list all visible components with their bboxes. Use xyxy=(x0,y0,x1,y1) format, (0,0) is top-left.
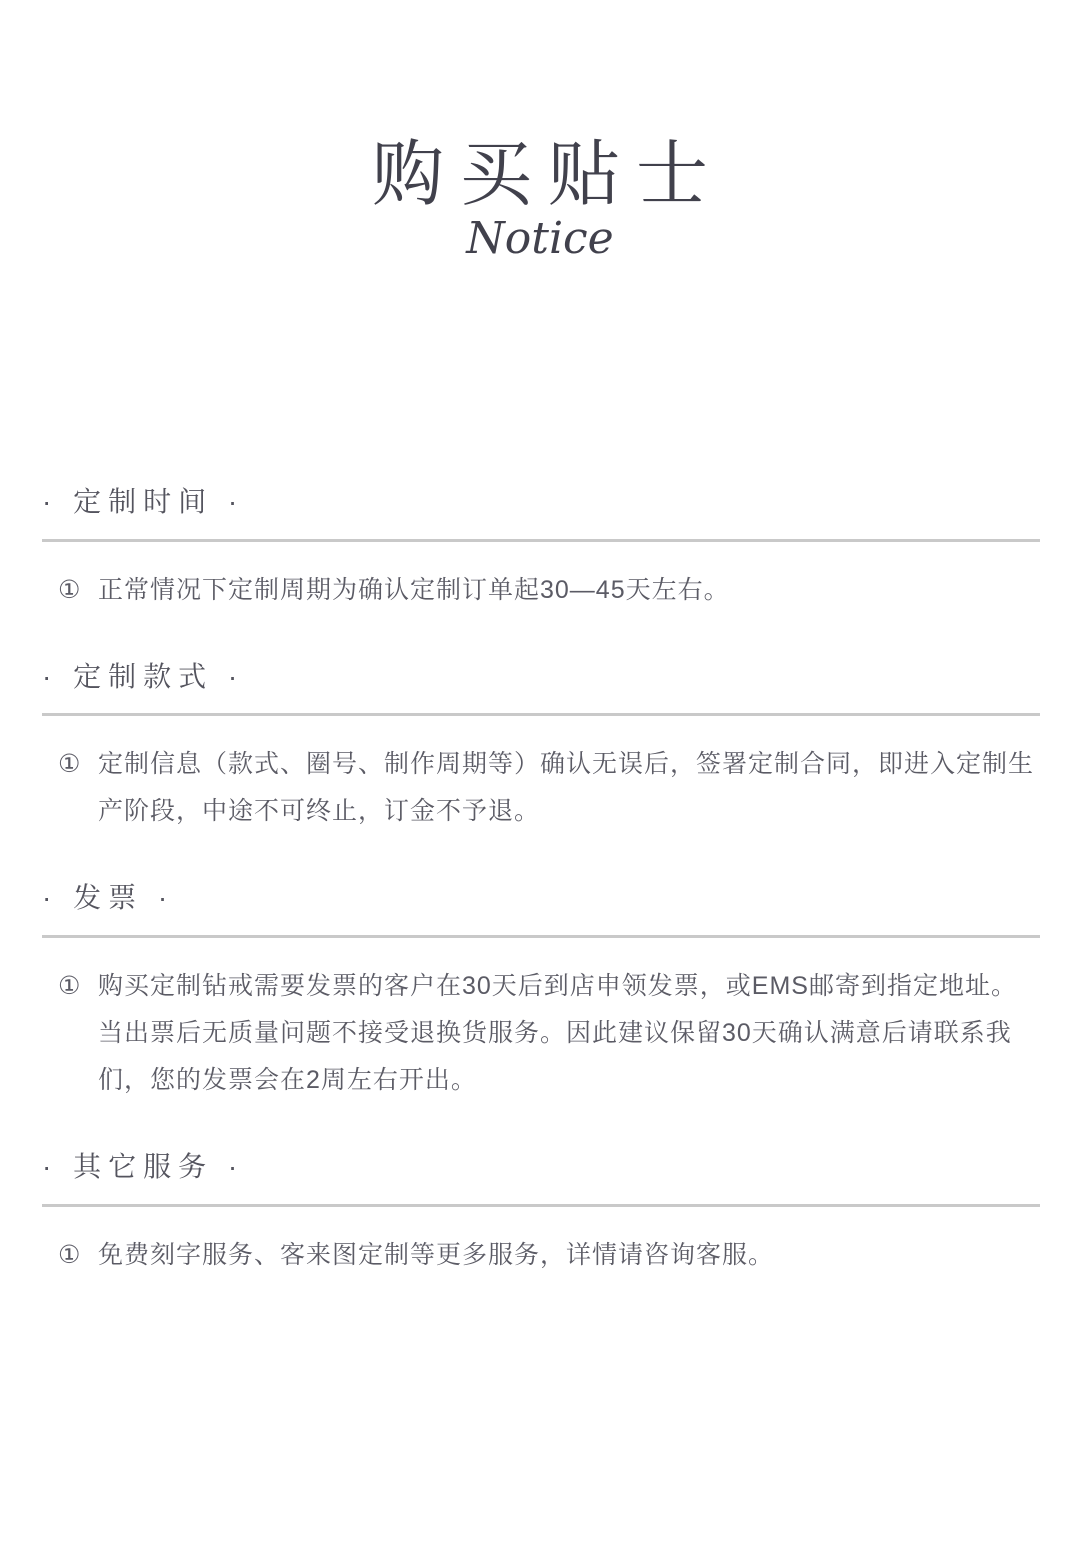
section-other-services: · 其它服务 · ① 免费刻字服务、客来图定制等更多服务，详情请咨询客服。 xyxy=(42,1150,1040,1279)
divider xyxy=(42,1204,1040,1207)
notice-item: ① 购买定制钻戒需要发票的客户在30天后到店申领发票，或EMS邮寄到指定地址。当… xyxy=(42,963,1040,1104)
notice-item: ① 免费刻字服务、客来图定制等更多服务，详情请咨询客服。 xyxy=(42,1232,1040,1279)
section-custom-style: · 定制款式 · ① 定制信息（款式、圈号、制作周期等）确认无误后，签署定制合同… xyxy=(42,660,1040,836)
item-text: 正常情况下定制周期为确认定制订单起30—45天左右。 xyxy=(98,567,1040,614)
notice-item: ① 正常情况下定制周期为确认定制订单起30—45天左右。 xyxy=(42,567,1040,614)
divider xyxy=(42,539,1040,542)
item-marker: ① xyxy=(58,567,98,614)
notice-content: · 定制时间 · ① 正常情况下定制周期为确认定制订单起30—45天左右。 · … xyxy=(42,485,1040,1278)
section-header: · 发票 · xyxy=(42,881,1040,915)
item-marker: ① xyxy=(58,963,98,1104)
section-invoice: · 发票 · ① 购买定制钻戒需要发票的客户在30天后到店申领发票，或EMS邮寄… xyxy=(42,881,1040,1104)
page-title: 购买贴士 xyxy=(0,136,1080,215)
section-header: · 定制款式 · xyxy=(42,660,1040,694)
item-marker: ① xyxy=(58,741,98,835)
divider xyxy=(42,935,1040,938)
item-marker: ① xyxy=(58,1232,98,1279)
divider xyxy=(42,713,1040,716)
page-subtitle: Notice xyxy=(0,217,1080,261)
notice-item: ① 定制信息（款式、圈号、制作周期等）确认无误后，签署定制合同，即进入定制生产阶… xyxy=(42,741,1040,835)
item-text: 免费刻字服务、客来图定制等更多服务，详情请咨询客服。 xyxy=(98,1232,1040,1279)
page-header: 购买贴士 Notice xyxy=(0,0,1080,261)
item-text: 定制信息（款式、圈号、制作周期等）确认无误后，签署定制合同，即进入定制生产阶段，… xyxy=(98,741,1040,835)
item-text: 购买定制钻戒需要发票的客户在30天后到店申领发票，或EMS邮寄到指定地址。当出票… xyxy=(98,963,1040,1104)
section-header: · 定制时间 · xyxy=(42,485,1040,519)
section-header: · 其它服务 · xyxy=(42,1150,1040,1184)
section-custom-time: · 定制时间 · ① 正常情况下定制周期为确认定制订单起30—45天左右。 xyxy=(42,485,1040,614)
